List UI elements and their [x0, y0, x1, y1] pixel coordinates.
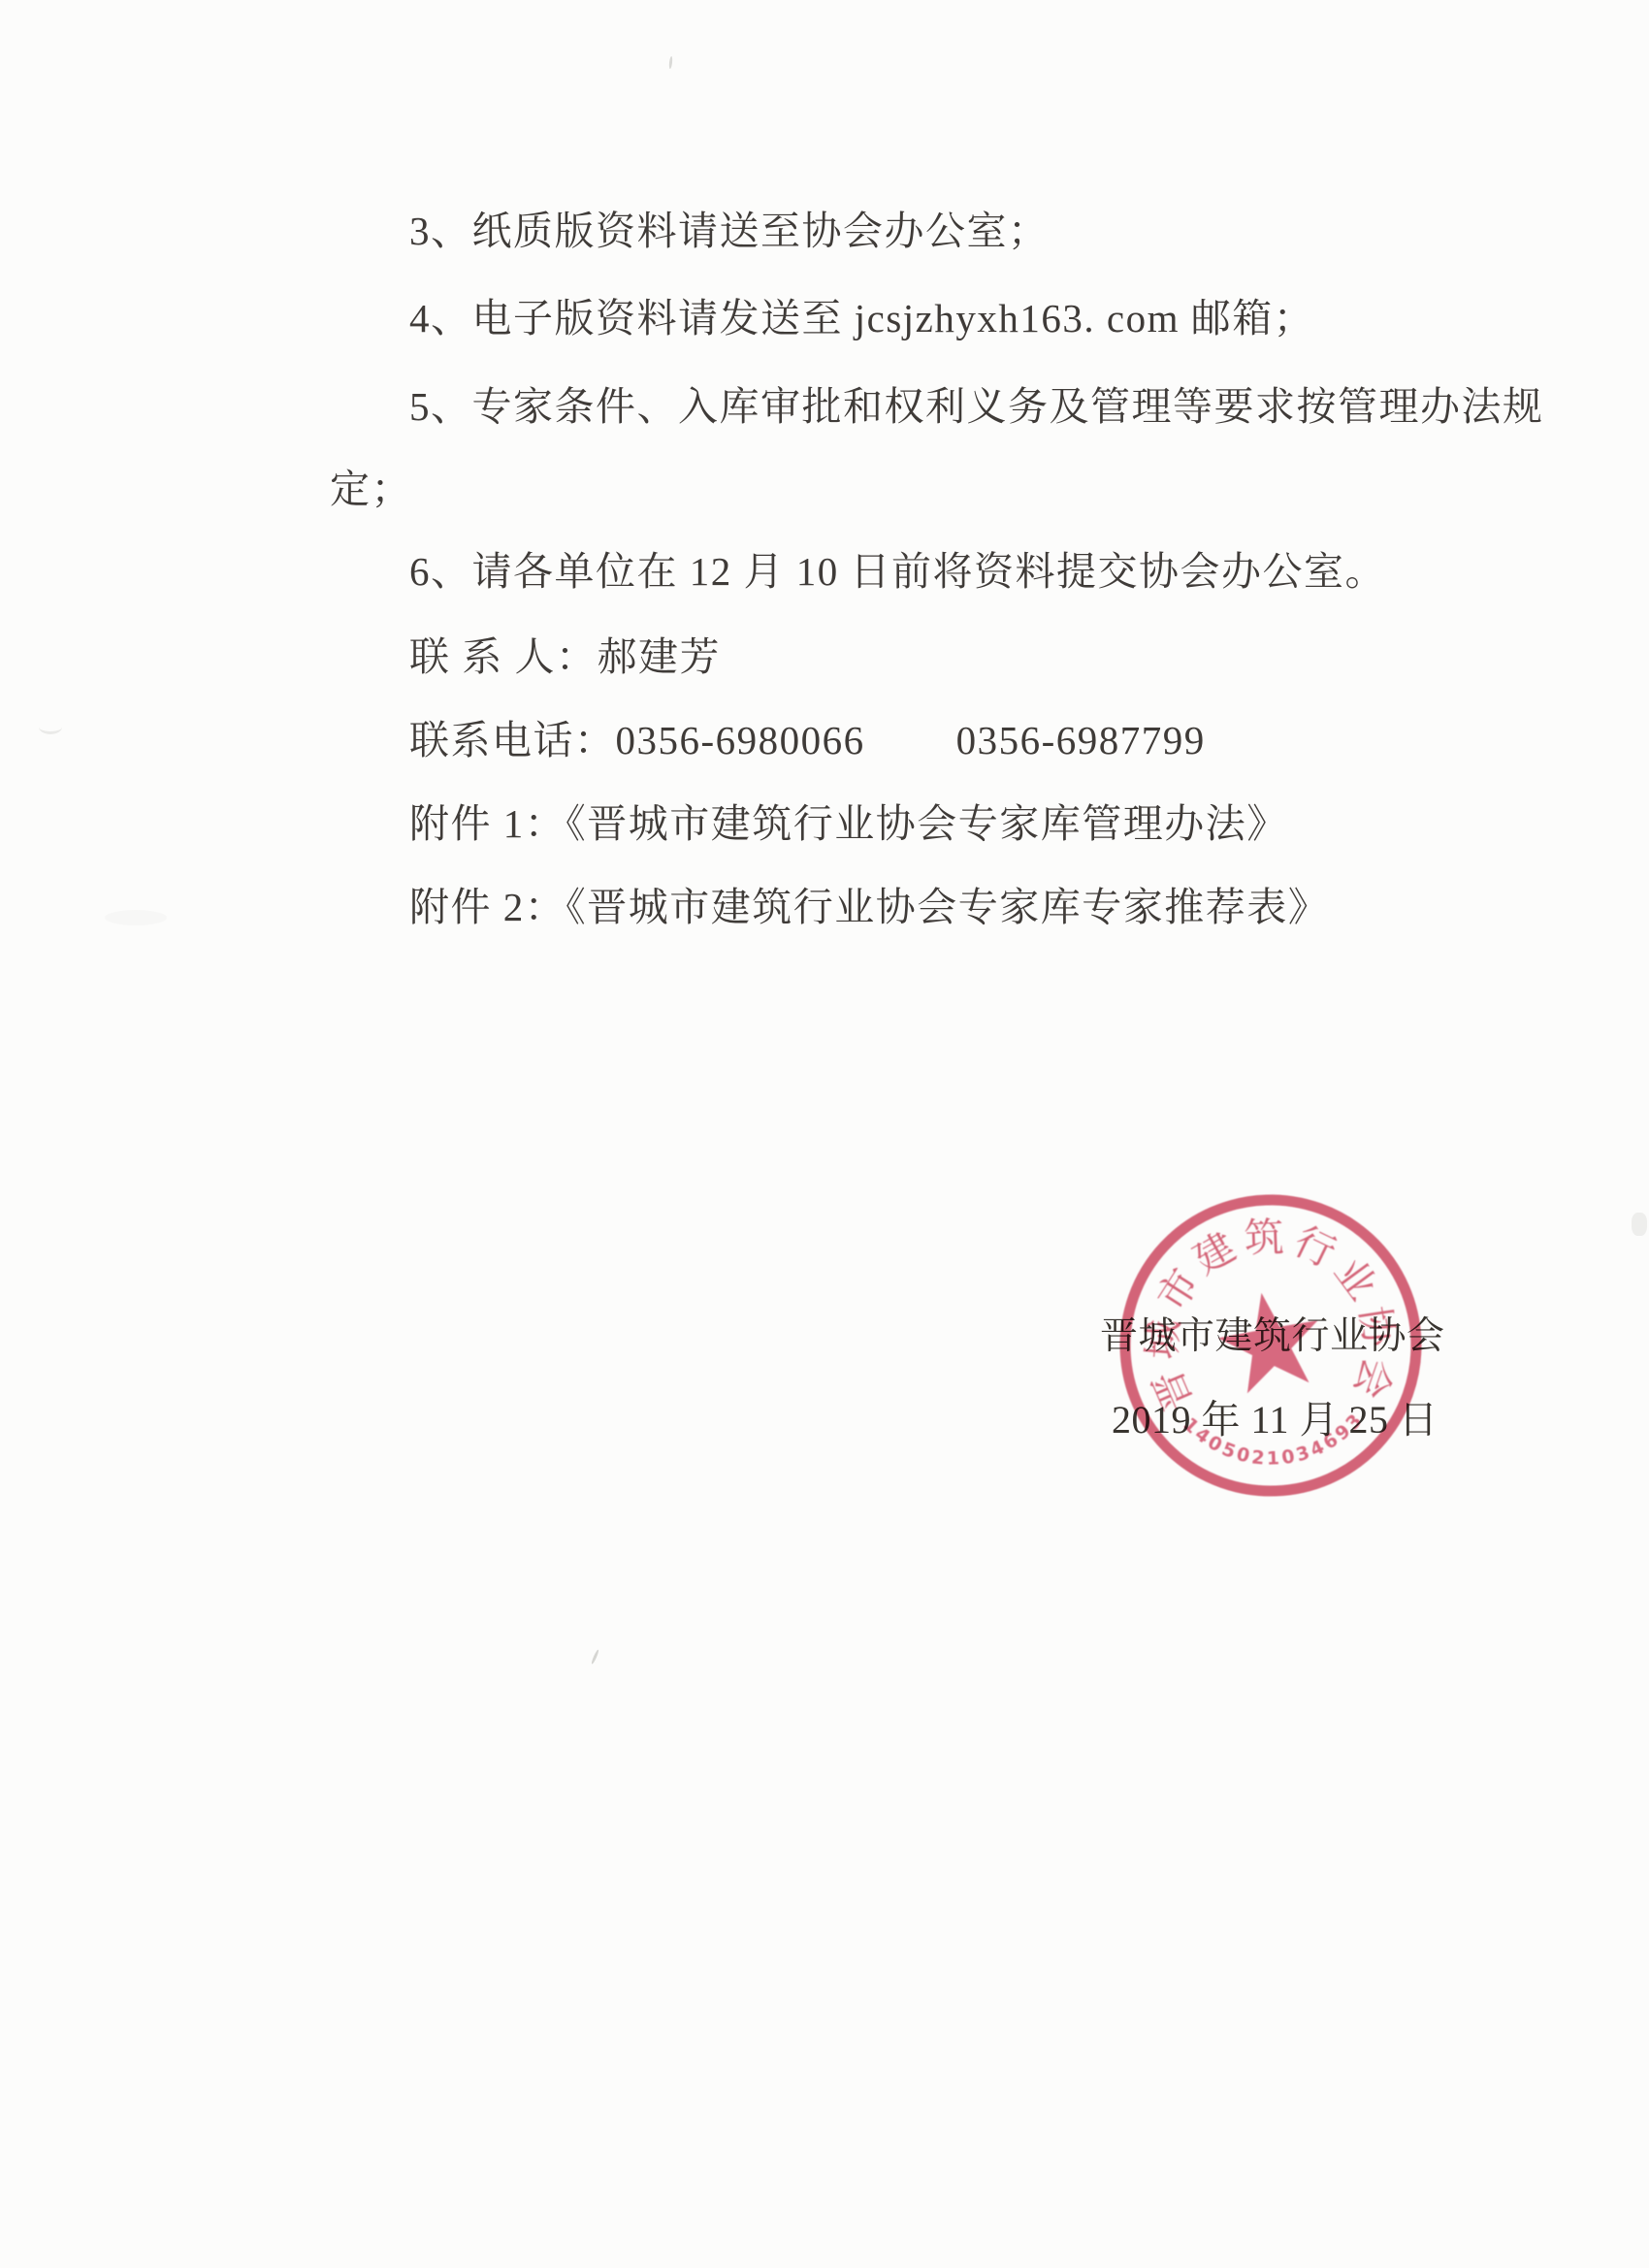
star-icon [1212, 1284, 1328, 1397]
scan-artifact [105, 910, 167, 925]
attachment-1-line: 附件 1：《晋城市建筑行业协会专家库管理办法》 [409, 801, 1288, 847]
scan-artifact [591, 1649, 599, 1665]
scan-artifact [1632, 1213, 1647, 1236]
body-line-item-3: 3、纸质版资料请送至协会办公室； [409, 209, 1050, 254]
seal-svg: 晋城市建筑行业协会 1405021034693 [1109, 1183, 1432, 1507]
attachment-2-line: 附件 2：《晋城市建筑行业协会专家库专家推荐表》 [409, 885, 1329, 930]
seal-serial-number: 1405021034693 [1179, 1408, 1370, 1473]
body-line-item-5-wrap: 定； [330, 467, 412, 512]
seal-serial-textpath: 1405021034693 [1179, 1408, 1370, 1473]
contact-phone-line: 联系电话：0356-6980066 0356-6987799 [409, 718, 1206, 763]
body-line-item-5: 5、专家条件、入库审批和权利义务及管理等要求按管理办法规 [409, 384, 1544, 430]
body-line-item-4-email: 4、电子版资料请发送至 jcsjzhyxh163. com 邮箱； [409, 296, 1314, 341]
scanned-document-page: 3、纸质版资料请送至协会办公室； 4、电子版资料请发送至 jcsjzhyxh16… [0, 0, 1649, 2268]
body-line-item-6-deadline: 6、请各单位在 12 月 10 日前将资料提交协会办公室。 [409, 549, 1386, 595]
contact-person-line: 联 系 人：郝建芳 [409, 634, 721, 680]
scan-artifact [39, 720, 62, 734]
official-seal-stamp: 晋城市建筑行业协会 1405021034693 [1109, 1183, 1432, 1507]
scan-artifact [668, 56, 672, 69]
